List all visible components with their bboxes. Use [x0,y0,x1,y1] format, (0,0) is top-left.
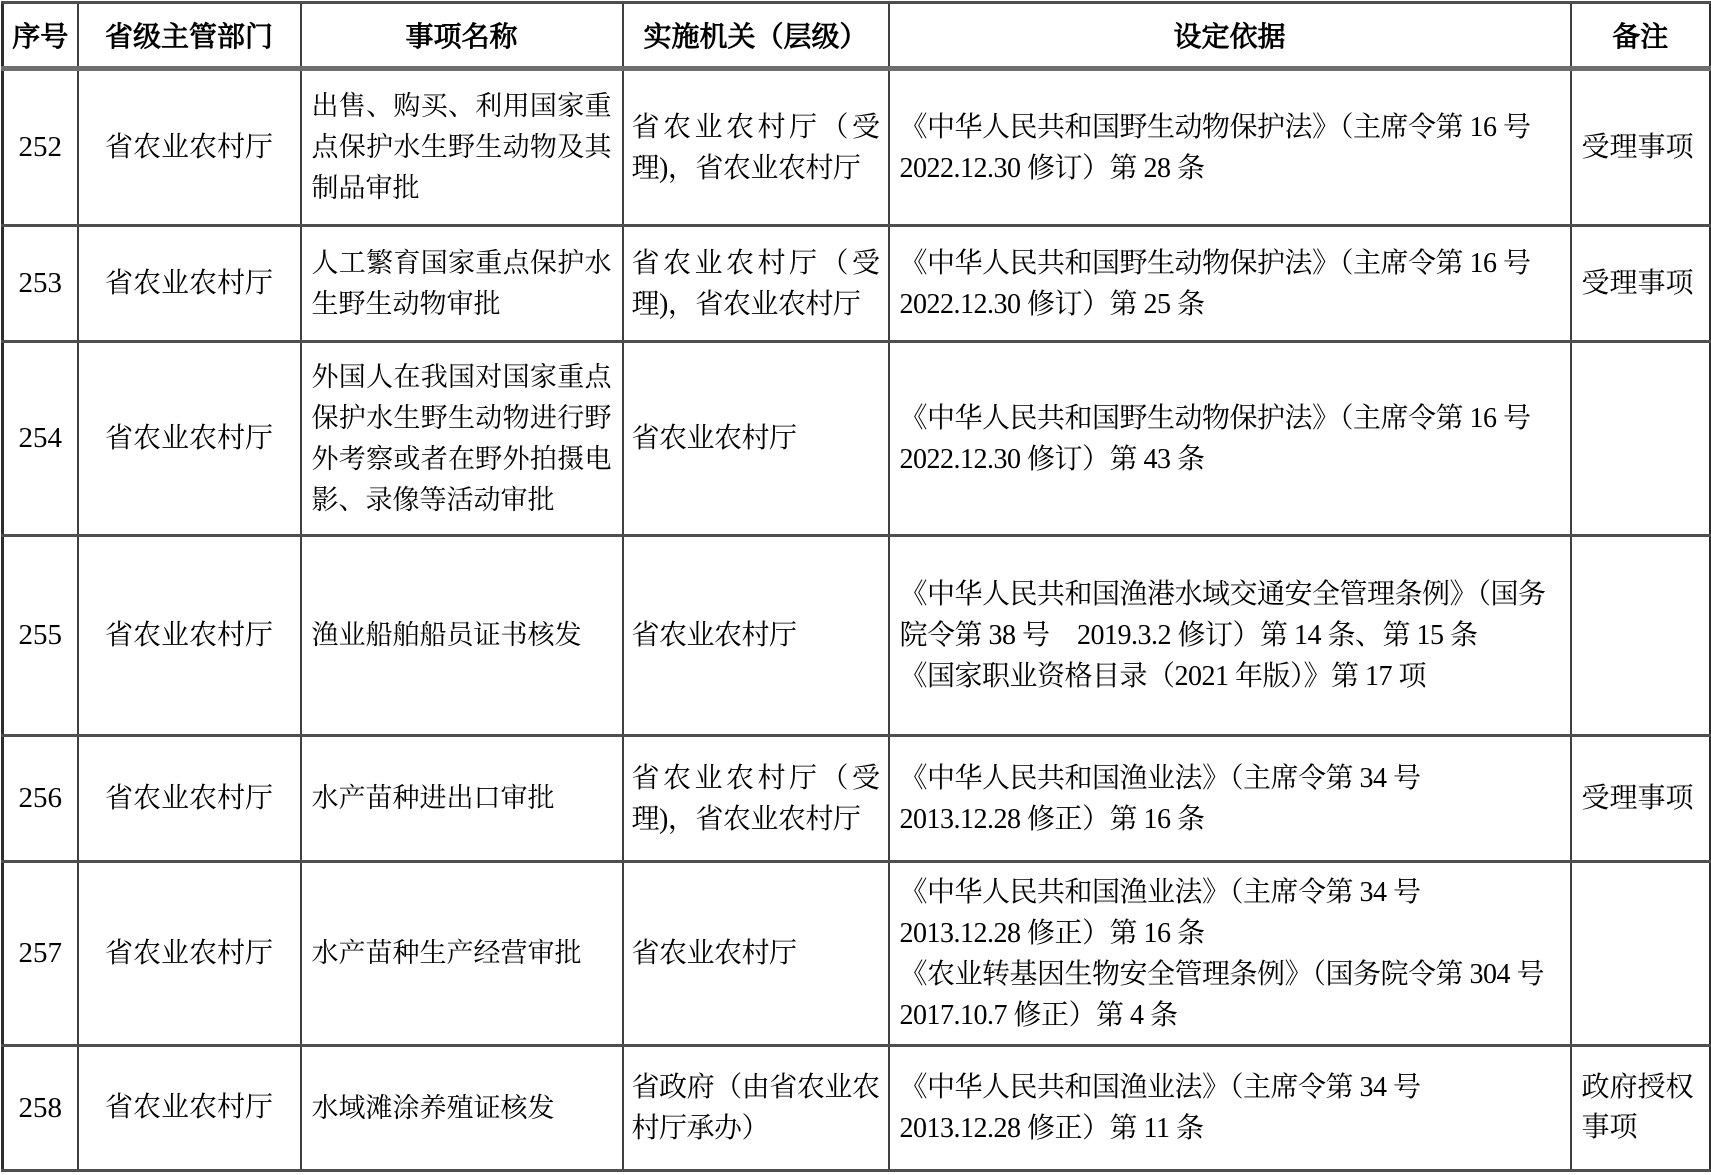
cell-remark: 受理事项 [1571,736,1711,862]
cell-remark [1571,536,1711,736]
cell-serial: 252 [3,69,78,226]
column-header-item-name: 事项名称 [301,3,623,69]
table-row: 258 省农业农村厅 水域滩涂养殖证核发 省政府（由省农业农村厅承办） 《中华人… [3,1046,1711,1171]
cell-department: 省农业农村厅 [78,536,301,736]
table-row: 252 省农业农村厅 出售、购买、利用国家重点保护水生野生动物及其制品审批 省农… [3,69,1711,226]
cell-agency: 省政府（由省农业农村厅承办） [623,1046,889,1171]
cell-department: 省农业农村厅 [78,226,301,342]
column-header-serial: 序号 [3,3,78,69]
cell-serial: 254 [3,342,78,536]
cell-department: 省农业农村厅 [78,1046,301,1171]
cell-remark [1571,342,1711,536]
cell-agency: 省农业农村厅（受理)，省农业农村厅 [623,69,889,226]
cell-remark: 政府授权事项 [1571,1046,1711,1171]
cell-basis: 《中华人民共和国渔业法》（主席令第 34 号 2013.12.28 修正）第 1… [889,862,1571,1046]
basis-entry: 《中华人民共和国野生动物保护法》（主席令第 16 号 2022.12.30 修订… [900,107,1562,189]
cell-department: 省农业农村厅 [78,862,301,1046]
cell-remark: 受理事项 [1571,226,1711,342]
cell-item-name: 渔业船舶船员证书核发 [301,536,623,736]
basis-entry: 《中华人民共和国渔港水域交通安全管理条例》（国务院令第 38 号 2019.3.… [900,574,1562,656]
column-header-agency: 实施机关（层级） [623,3,889,69]
cell-item-name: 水产苗种生产经营审批 [301,862,623,1046]
cell-agency: 省农业农村厅（受理)，省农业农村厅 [623,736,889,862]
cell-serial: 253 [3,226,78,342]
cell-department: 省农业农村厅 [78,342,301,536]
basis-entry: 《农业转基因生物安全管理条例》（国务院令第 304 号 2017.10.7 修正… [900,954,1562,1036]
table-row: 257 省农业农村厅 水产苗种生产经营审批 省农业农村厅 《中华人民共和国渔业法… [3,862,1711,1046]
basis-entry: 《中华人民共和国渔业法》（主席令第 34 号 2013.12.28 修正）第 1… [900,872,1562,954]
cell-item-name: 人工繁育国家重点保护水生野生动物审批 [301,226,623,342]
admin-items-table: 序号 省级主管部门 事项名称 实施机关（层级） 设定依据 备注 252 省农业农… [1,1,1711,1172]
basis-entry: 《中华人民共和国野生动物保护法》（主席令第 16 号 2022.12.30 修订… [900,243,1562,325]
cell-basis: 《中华人民共和国野生动物保护法》（主席令第 16 号 2022.12.30 修订… [889,342,1571,536]
table-row: 254 省农业农村厅 外国人在我国对国家重点保护水生野生动物进行野外考察或者在野… [3,342,1711,536]
column-header-remark: 备注 [1571,3,1711,69]
document-page: 序号 省级主管部门 事项名称 实施机关（层级） 设定依据 备注 252 省农业农… [0,0,1711,1175]
cell-serial: 258 [3,1046,78,1171]
basis-entry: 《中华人民共和国渔业法》（主席令第 34 号 2013.12.28 修正）第 1… [900,758,1562,840]
basis-entry: 《国家职业资格目录（2021 年版）》第 17 项 [900,656,1562,697]
cell-remark: 受理事项 [1571,69,1711,226]
table-row: 255 省农业农村厅 渔业船舶船员证书核发 省农业农村厅 《中华人民共和国渔港水… [3,536,1711,736]
cell-serial: 255 [3,536,78,736]
cell-agency: 省农业农村厅 [623,862,889,1046]
cell-item-name: 水域滩涂养殖证核发 [301,1046,623,1171]
cell-serial: 256 [3,736,78,862]
column-header-basis: 设定依据 [889,3,1571,69]
cell-agency: 省农业农村厅 [623,536,889,736]
cell-serial: 257 [3,862,78,1046]
table-row: 256 省农业农村厅 水产苗种进出口审批 省农业农村厅（受理)，省农业农村厅 《… [3,736,1711,862]
cell-basis: 《中华人民共和国渔业法》（主席令第 34 号 2013.12.28 修正）第 1… [889,736,1571,862]
column-header-department: 省级主管部门 [78,3,301,69]
basis-entry: 《中华人民共和国野生动物保护法》（主席令第 16 号 2022.12.30 修订… [900,398,1562,480]
cell-agency: 省农业农村厅 [623,342,889,536]
cell-item-name: 出售、购买、利用国家重点保护水生野生动物及其制品审批 [301,69,623,226]
cell-basis: 《中华人民共和国渔港水域交通安全管理条例》（国务院令第 38 号 2019.3.… [889,536,1571,736]
cell-basis: 《中华人民共和国野生动物保护法》（主席令第 16 号 2022.12.30 修订… [889,226,1571,342]
cell-basis: 《中华人民共和国渔业法》（主席令第 34 号 2013.12.28 修正）第 1… [889,1046,1571,1171]
cell-department: 省农业农村厅 [78,69,301,226]
cell-agency: 省农业农村厅（受理)，省农业农村厅 [623,226,889,342]
cell-basis: 《中华人民共和国野生动物保护法》（主席令第 16 号 2022.12.30 修订… [889,69,1571,226]
basis-entry: 《中华人民共和国渔业法》（主席令第 34 号 2013.12.28 修正）第 1… [900,1067,1562,1149]
table-header-row: 序号 省级主管部门 事项名称 实施机关（层级） 设定依据 备注 [3,3,1711,69]
cell-item-name: 外国人在我国对国家重点保护水生野生动物进行野外考察或者在野外拍摄电影、录像等活动… [301,342,623,536]
cell-department: 省农业农村厅 [78,736,301,862]
cell-item-name: 水产苗种进出口审批 [301,736,623,862]
cell-remark [1571,862,1711,1046]
table-row: 253 省农业农村厅 人工繁育国家重点保护水生野生动物审批 省农业农村厅（受理)… [3,226,1711,342]
